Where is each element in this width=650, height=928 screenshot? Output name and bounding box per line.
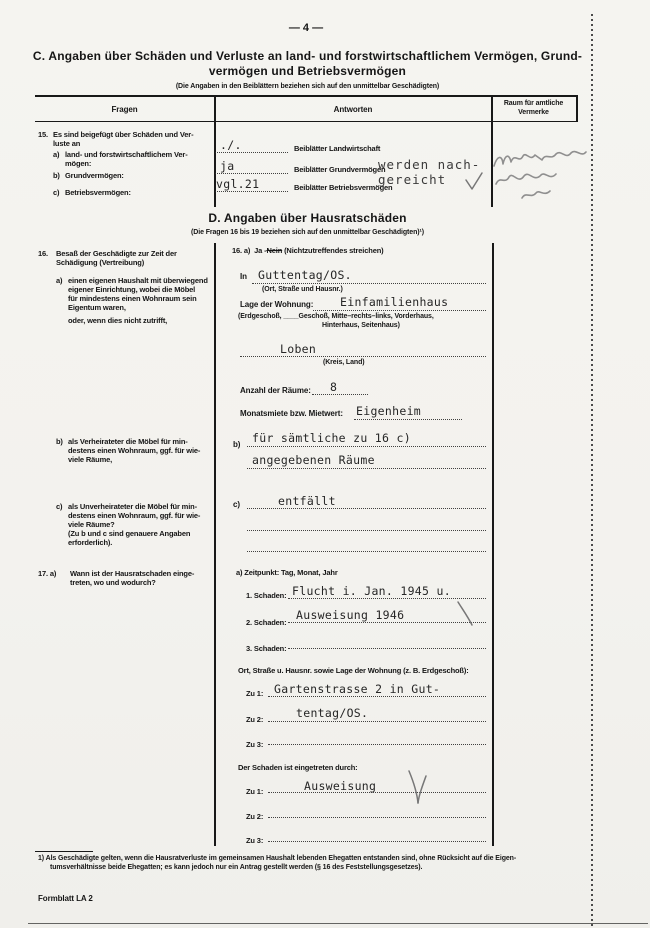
- q16-c-line2: destens einen Wohnraum, ggf. für wie-: [68, 511, 200, 520]
- a17-durch-zu2-label: Zu 2:: [246, 812, 263, 821]
- a17-zu1-value: Gartenstrasse 2 in Gut-: [274, 682, 440, 696]
- footnote-line2: tumsverhältnisse beide Ehegatten; es kan…: [50, 864, 422, 873]
- a17-schaden2-label: 2. Schaden:: [246, 618, 286, 627]
- q15-answer-value-1: ./.: [220, 138, 242, 152]
- a17-durch-zu1-value: Ausweisung: [304, 779, 376, 793]
- q15-answer-line-2: [215, 173, 288, 174]
- a17-zu2-value: tentag/OS.: [296, 706, 368, 720]
- a16-ja-nein-line: 16. a) Ja -Nein (Nichtzutreffendes strei…: [232, 246, 384, 255]
- table-right-border: [576, 95, 578, 122]
- q16-intro-line1: Besaß der Geschädigte zur Zeit der: [56, 249, 177, 258]
- q16-b-line1: als Verheirateter die Möbel für min-: [68, 437, 188, 446]
- a16-ort-hint: (Ort, Straße und Hausnr.): [262, 286, 343, 295]
- a16-ja: Ja -: [254, 246, 266, 255]
- a17-durch-zu1-line: [268, 792, 486, 793]
- a16-c-line3: [247, 551, 486, 552]
- q15-answer-label-1: Beiblätter Landwirtschaft: [294, 144, 380, 153]
- a16-lage-label: Lage der Wohnung:: [240, 300, 313, 310]
- q16-a-label: a): [56, 276, 62, 285]
- q15-answer-line-3: [215, 191, 288, 192]
- q15-b-text: Grundvermögen:: [65, 171, 124, 180]
- a17-durch-zu1-label: Zu 1:: [246, 787, 263, 796]
- q16-c-label: c): [56, 502, 62, 511]
- q15-answer-line-1: [215, 152, 288, 153]
- section-d-subtitle: (Die Fragen 16 bis 19 beziehen sich auf …: [0, 229, 615, 238]
- checkmark-handwritten-3: [405, 770, 429, 808]
- a16-ort-line: [252, 283, 486, 284]
- a16-miete-value: Eigenheim: [356, 404, 421, 418]
- a16-streichen-note: (Nichtzutreffendes streichen): [284, 246, 383, 255]
- a16-c-line2: [247, 530, 486, 531]
- q16-number: 16.: [38, 249, 48, 258]
- a16-kreis-line: [240, 356, 486, 357]
- a16-miete-label: Monatsmiete bzw. Mietwert:: [240, 409, 343, 419]
- a17-schaden1-label: 1. Schaden:: [246, 591, 286, 600]
- q15-a-label: a): [53, 150, 59, 159]
- q15-typed-note-line1: werden nach-: [378, 157, 480, 172]
- a17-zu2-label: Zu 2:: [246, 715, 263, 724]
- a17-schaden1-value: Flucht i. Jan. 1945 u.: [292, 584, 451, 598]
- a16-b-value-line1: für sämtliche zu 16 c): [252, 431, 411, 445]
- q16-a-line4: Eigentum waren,: [68, 303, 126, 312]
- a16-raeume-label: Anzahl der Räume:: [240, 386, 311, 396]
- a16-b-value-line2: angegebenen Räume: [252, 453, 375, 467]
- a16-lage-hint-line1: (Erdgeschoß, ____Geschoß, Mitte–rechts–l…: [238, 313, 434, 322]
- a16-c-line1: [247, 508, 486, 509]
- a16-kreis-hint: (Kreis, Land): [323, 359, 364, 368]
- q16-b-line3: viele Räume,: [68, 455, 112, 464]
- scanned-form-page: — 4 — C. Angaben über Schäden und Verlus…: [0, 0, 650, 928]
- a16-lage-value: Einfamilienhaus: [340, 295, 448, 309]
- a16-b-label: b): [233, 440, 240, 450]
- footnote-rule: [35, 851, 93, 852]
- a16-kreis-value: Loben: [280, 342, 316, 356]
- q16-a-line2: eigener Einrichtung, wobei die Möbel: [68, 285, 195, 294]
- header-fragen: Fragen: [35, 105, 214, 115]
- scan-bottom-edge: [28, 923, 648, 924]
- q16-b-label: b): [56, 437, 63, 446]
- q17-line1: Wann ist der Hausratschaden einge-: [70, 569, 194, 578]
- section-c-title-line1: C. Angaben über Schäden und Verluste an …: [0, 49, 615, 63]
- a16-b-line1: [247, 446, 486, 447]
- q15-intro-line2: luste an: [53, 139, 80, 148]
- footnote-line1: 1) Als Geschädigte gelten, wenn die Haus…: [38, 855, 516, 864]
- a17-schaden2-value: Ausweisung 1946: [296, 608, 404, 622]
- form-id: Formblatt LA 2: [38, 894, 93, 904]
- a17-durch-zu3-label: Zu 3:: [246, 836, 263, 845]
- a17-durch-zu3-line: [268, 841, 486, 842]
- a17-durch-label: Der Schaden ist eingetreten durch:: [238, 763, 358, 772]
- q15-typed-note-line2: gereicht: [378, 172, 446, 187]
- a17-schaden1-line: [288, 598, 486, 599]
- q15-intro-line1: Es sind beigefügt über Schäden und Ver-: [53, 130, 193, 139]
- q15-answer-value-3: vgl.21: [216, 177, 259, 191]
- header-antworten: Antworten: [215, 105, 491, 115]
- table-header-underline: [35, 121, 577, 122]
- q15-a-line1: land- und forstwirtschaftlichem Ver-: [65, 150, 188, 159]
- q15-answer-value-2: ja: [220, 159, 234, 173]
- handwritten-remark-scribble: [490, 148, 594, 204]
- a16-miete-line: [354, 419, 462, 420]
- q15-c-label: c): [53, 188, 59, 197]
- a17-schaden3-line: [288, 648, 486, 649]
- column-divider-2-section-d: [492, 243, 494, 846]
- q17-number: 17. a): [38, 569, 56, 578]
- q15-b-label: b): [53, 171, 60, 180]
- q16-c-line5: erforderlich).: [68, 538, 112, 547]
- section-c-subtitle: (Die Angaben in den Beiblättern beziehen…: [0, 83, 615, 92]
- a16-raeume-line: [312, 394, 368, 395]
- a16-lage-line: [313, 310, 486, 311]
- a16-ort-value: Guttentag/OS.: [258, 268, 352, 282]
- a17-durch-zu2-line: [268, 817, 486, 818]
- section-c-title-line2: vermögen und Betriebsvermögen: [0, 64, 615, 78]
- a17-zu3-label: Zu 3:: [246, 740, 263, 749]
- a16-nein-struck: Nein: [266, 246, 282, 255]
- header-vermerke-line1: Raum für amtliche: [491, 100, 576, 109]
- a17-zu2-line: [268, 721, 486, 722]
- a17-zu1-label: Zu 1:: [246, 689, 263, 698]
- a17-schaden3-label: 3. Schaden:: [246, 644, 286, 653]
- q17-line2: treten, wo und wodurch?: [70, 578, 156, 587]
- q16-c-line4: (Zu b und c sind genauere Angaben: [68, 529, 190, 538]
- a16-raeume-value: 8: [330, 380, 337, 394]
- a16-lage-hint-line2: Hinterhaus, Seitenhaus): [322, 322, 400, 331]
- a16-in-label: In: [240, 272, 247, 282]
- q15-a-line2: mögen:: [65, 159, 91, 168]
- q16-a-line3: für mindestens einen Wohnraum sein: [68, 294, 197, 303]
- q16-c-line1: als Unverheirateter die Möbel für min-: [68, 502, 197, 511]
- page-number: — 4 —: [0, 22, 612, 34]
- header-vermerke-line2: Vermerke: [491, 109, 576, 118]
- section-d-title: D. Angaben über Hausratschäden: [0, 211, 615, 225]
- a17-ort-label: Ort, Straße u. Hausnr. sowie Lage der Wo…: [238, 666, 469, 675]
- q15-answer-label-2: Beiblätter Grundvermögen: [294, 165, 385, 174]
- a17-zu1-line: [268, 696, 486, 697]
- table-top-border: [35, 95, 577, 97]
- q16-a-line1: einen eigenen Haushalt mit überwiegend: [68, 276, 208, 285]
- checkmark-handwritten-2: [455, 600, 475, 628]
- q15-number: 15.: [38, 130, 48, 139]
- a16-c-label: c): [233, 500, 240, 510]
- a16-prefix: 16. a): [232, 246, 250, 255]
- a17-zeitpunkt-label: a) Zeitpunkt: Tag, Monat, Jahr: [236, 568, 338, 577]
- q16-a-or: oder, wenn dies nicht zutrifft,: [68, 316, 167, 325]
- a16-b-line2: [247, 468, 486, 469]
- q16-intro-line2: Schädigung (Vertreibung): [56, 258, 144, 267]
- q16-b-line2: destens einen Wohnraum, ggf. für wie-: [68, 446, 200, 455]
- a17-zu3-line: [268, 744, 486, 745]
- q15-c-text: Betriebsvermögen:: [65, 188, 131, 197]
- q16-c-line3: viele Räume?: [68, 520, 115, 529]
- checkmark-handwritten-1: [464, 171, 484, 191]
- column-divider-1-section-d: [214, 243, 216, 846]
- a16-c-value: entfällt: [278, 494, 336, 508]
